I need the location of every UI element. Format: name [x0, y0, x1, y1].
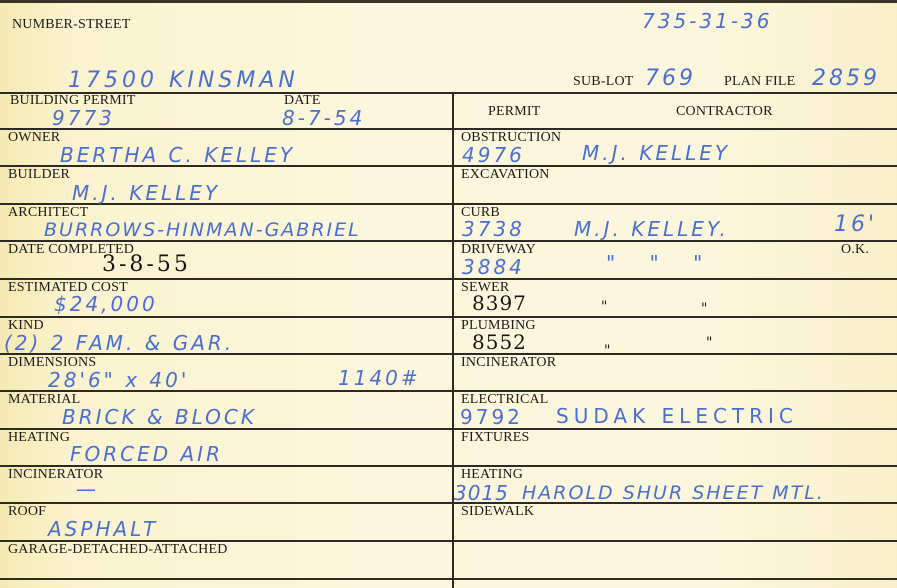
fixtures-label: FIXTURES [461, 430, 530, 445]
curb-permit: 3738 [462, 218, 525, 240]
electrical-contractor: SUDAK ELECTRIC [556, 405, 798, 427]
curb-note: 16' [834, 214, 877, 236]
rule [0, 316, 897, 318]
heating-permit: 3015 [454, 482, 509, 504]
curb-contractor: M.J. KELLEY. [574, 218, 729, 240]
building-permit-value: 9773 [52, 107, 115, 129]
electrical-permit: 9792 [460, 406, 523, 428]
dimensions-value: 28'6" x 40' [48, 369, 189, 391]
sidewalk-label: SIDEWALK [461, 504, 534, 519]
rule [0, 578, 897, 580]
heating-label: HEATING [8, 430, 70, 445]
permit-index-card: NUMBER-STREET 735-31-36 17500 KINSMAN SU… [0, 0, 897, 588]
architect-value: BURROWS-HINMAN-GABRIEL [44, 219, 361, 241]
permit-header: PERMIT [488, 104, 541, 119]
rule [0, 278, 897, 280]
incinerator-value: — [76, 478, 99, 500]
number-street-label: NUMBER-STREET [12, 17, 131, 32]
sewer-contractor: " [601, 296, 610, 318]
address-value: 17500 KINSMAN [68, 70, 299, 92]
material-value: BRICK & BLOCK [62, 406, 257, 428]
date-completed-value: 3-8-55 [102, 254, 191, 276]
builder-label: BUILDER [8, 167, 70, 182]
date-value: 8-7-54 [282, 107, 365, 129]
contractor-header: CONTRACTOR [676, 104, 773, 119]
rule [0, 128, 897, 130]
estimated-cost-value: $24,000 [54, 293, 158, 315]
plan-file-label: PLAN FILE [724, 74, 795, 89]
heating-contractor: HAROLD SHUR SHEET MTL. [522, 482, 825, 504]
garage-label: GARAGE-DETACHED-ATTACHED [8, 542, 228, 557]
owner-label: OWNER [8, 130, 60, 145]
driveway-contractor: " " " [606, 252, 716, 274]
roof-label: ROOF [8, 504, 46, 519]
kind-value: (2) 2 FAM. & GAR. [4, 332, 234, 354]
excavation-label: EXCAVATION [461, 167, 550, 182]
heating-permit-label: HEATING [461, 467, 523, 482]
incinerator-permit-label: INCINERATOR [461, 355, 556, 370]
heating-value: FORCED AIR [70, 443, 223, 465]
card-top-edge [0, 0, 897, 3]
plan-file-value: 2859 [812, 68, 880, 90]
owner-value: BERTHA C. KELLEY [60, 144, 295, 166]
sub-lot-label: SUB-LOT [573, 74, 634, 89]
plumbing-permit: 8552 [472, 331, 527, 353]
roof-value: ASPHALT [48, 518, 158, 540]
obstruction-contractor: M.J. KELLEY [582, 142, 730, 164]
plumbing-contractor: " [604, 340, 613, 362]
dimensions-extra: 1140# [338, 367, 421, 389]
driveway-permit: 3884 [462, 256, 525, 278]
driveway-note: O.K. [841, 242, 869, 257]
obstruction-permit: 4976 [462, 144, 525, 166]
sewer-permit: 8397 [472, 292, 527, 314]
plumbing-contractor-ditto: " [706, 332, 715, 354]
architect-label: ARCHITECT [8, 205, 88, 220]
sub-lot-value: 769 [645, 68, 696, 90]
sewer-contractor-ditto: " [701, 298, 710, 320]
builder-value: M.J. KELLEY [72, 182, 220, 204]
column-divider [452, 92, 454, 588]
parcel-number: 735-31-36 [642, 10, 773, 32]
